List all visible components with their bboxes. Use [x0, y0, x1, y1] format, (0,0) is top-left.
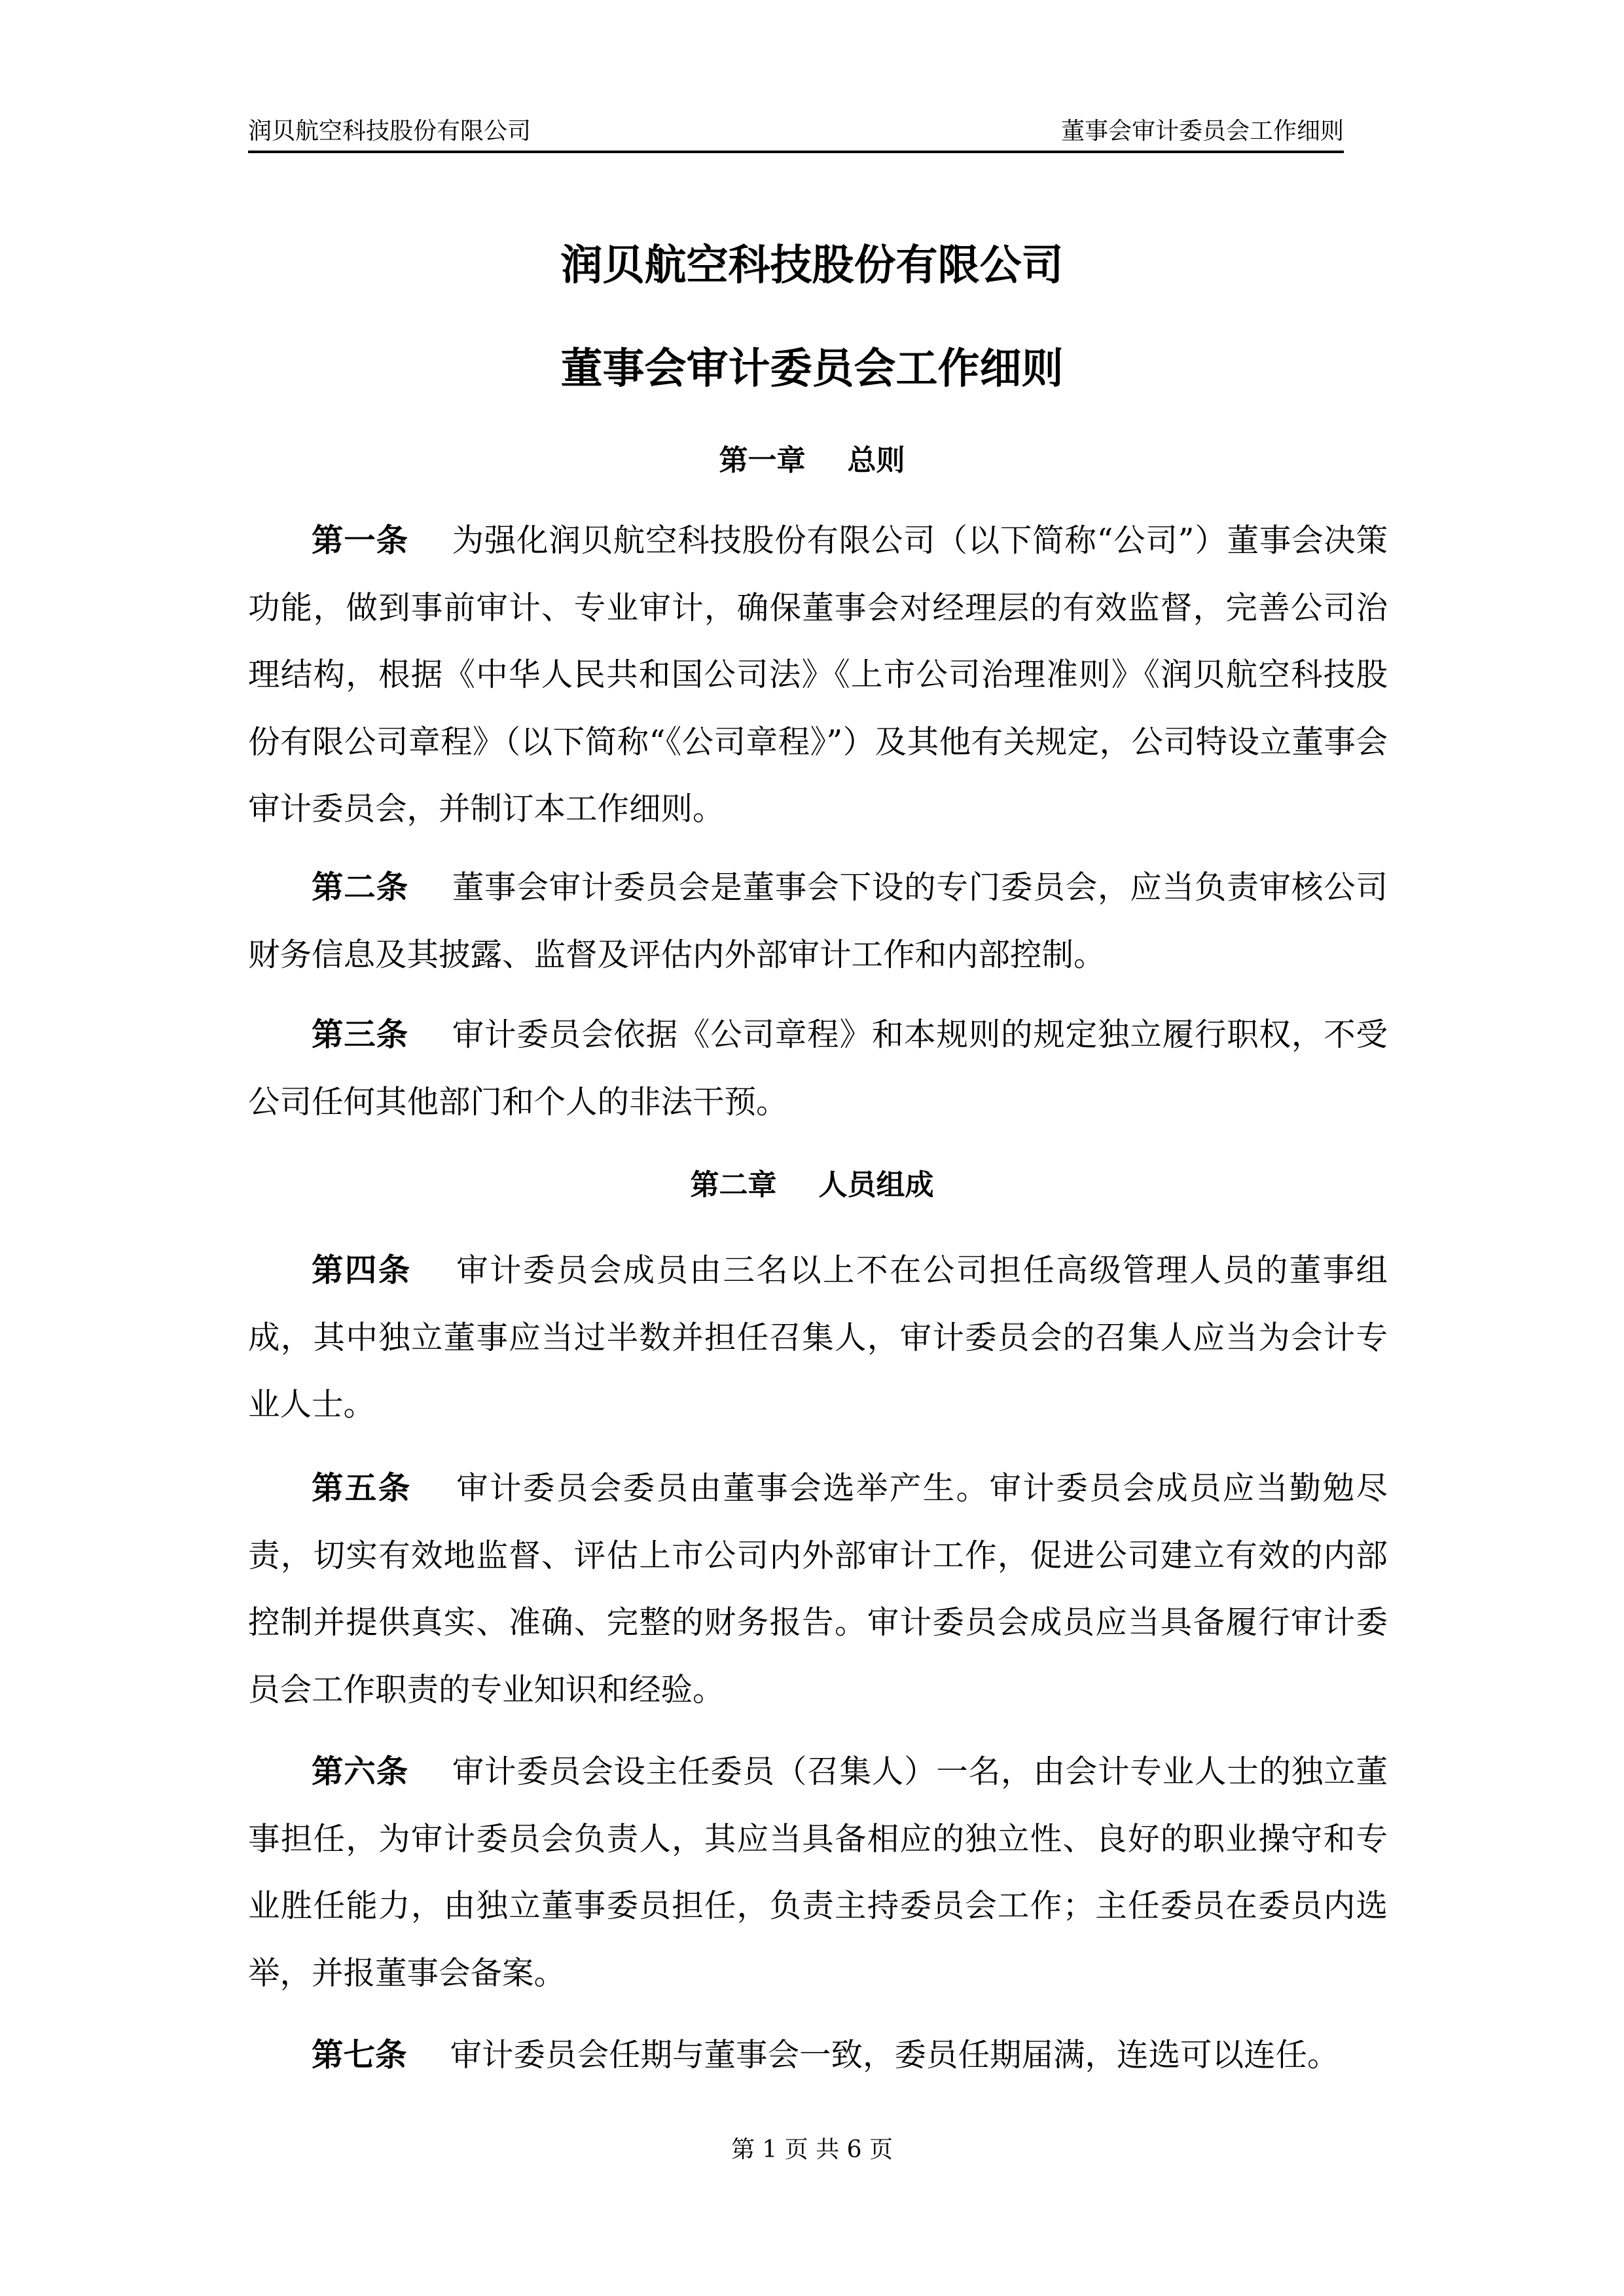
article-label: 第二条: [312, 869, 408, 906]
chapter-number: 第一章: [719, 444, 806, 477]
chapter-heading-1: 第一章总则: [0, 441, 1624, 480]
article-label: 第六条: [312, 1753, 408, 1790]
article-text: 董事会审计委员会是董事会下设的专门委员会，应当负责审核公司财务信息及其披露、监督…: [248, 869, 1388, 973]
page-number: 第 1 页 共 6 页: [0, 2135, 1624, 2165]
article-label: 第一条: [312, 522, 408, 559]
article-2: 第二条董事会审计委员会是董事会下设的专门委员会，应当负责审核公司财务信息及其披露…: [248, 854, 1388, 988]
header-company-name: 润贝航空科技股份有限公司: [248, 115, 531, 148]
header-document-name: 董事会审计委员会工作细则: [1061, 115, 1344, 148]
article-label: 第七条: [312, 2037, 407, 2073]
article-7: 第七条审计委员会任期与董事会一致，委员任期届满，连选可以连任。: [248, 2022, 1388, 2089]
article-text: 审计委员会委员由董事会选举产生。审计委员会成员应当勤勉尽责，切实有效地监督、评估…: [248, 1470, 1388, 1708]
article-text: 审计委员会设主任委员（召集人）一名，由会计专业人士的独立董事担任，为审计委员会负…: [248, 1753, 1388, 1992]
article-text: 审计委员会依据《公司章程》和本规则的规定独立履行职权，不受公司任何其他部门和个人…: [248, 1016, 1388, 1121]
chapter-name: 总则: [848, 444, 905, 477]
article-text: 审计委员会任期与董事会一致，委员任期届满，连选可以连任。: [450, 2037, 1339, 2073]
article-6: 第六条审计委员会设主任委员（召集人）一名，由会计专业人士的独立董事担任，为审计委…: [248, 1738, 1388, 2007]
article-label: 第三条: [312, 1016, 408, 1053]
document-title-rules: 董事会审计委员会工作细则: [0, 343, 1624, 395]
article-label: 第五条: [312, 1470, 412, 1507]
chapter-heading-2: 第二章人员组成: [0, 1166, 1624, 1205]
article-4: 第四条审计委员会成员由三名以上不在公司担任高级管理人员的董事组成，其中独立董事应…: [248, 1237, 1388, 1439]
article-3: 第三条审计委员会依据《公司章程》和本规则的规定独立履行职权，不受公司任何其他部门…: [248, 1001, 1388, 1136]
article-text: 审计委员会成员由三名以上不在公司担任高级管理人员的董事组成，其中独立董事应当过半…: [248, 1252, 1388, 1423]
chapter-number: 第二章: [691, 1168, 777, 1202]
article-5: 第五条审计委员会委员由董事会选举产生。审计委员会成员应当勤勉尽责，切实有效地监督…: [248, 1455, 1388, 1723]
header-rule: [248, 151, 1344, 153]
document-title-company: 润贝航空科技股份有限公司: [0, 240, 1624, 292]
article-label: 第四条: [312, 1252, 412, 1289]
article-text: 为强化润贝航空科技股份有限公司（以下简称“公司”）董事会决策功能，做到事前审计、…: [248, 522, 1388, 827]
chapter-name: 人员组成: [819, 1168, 934, 1202]
article-1: 第一条为强化润贝航空科技股份有限公司（以下简称“公司”）董事会决策功能，做到事前…: [248, 507, 1388, 843]
